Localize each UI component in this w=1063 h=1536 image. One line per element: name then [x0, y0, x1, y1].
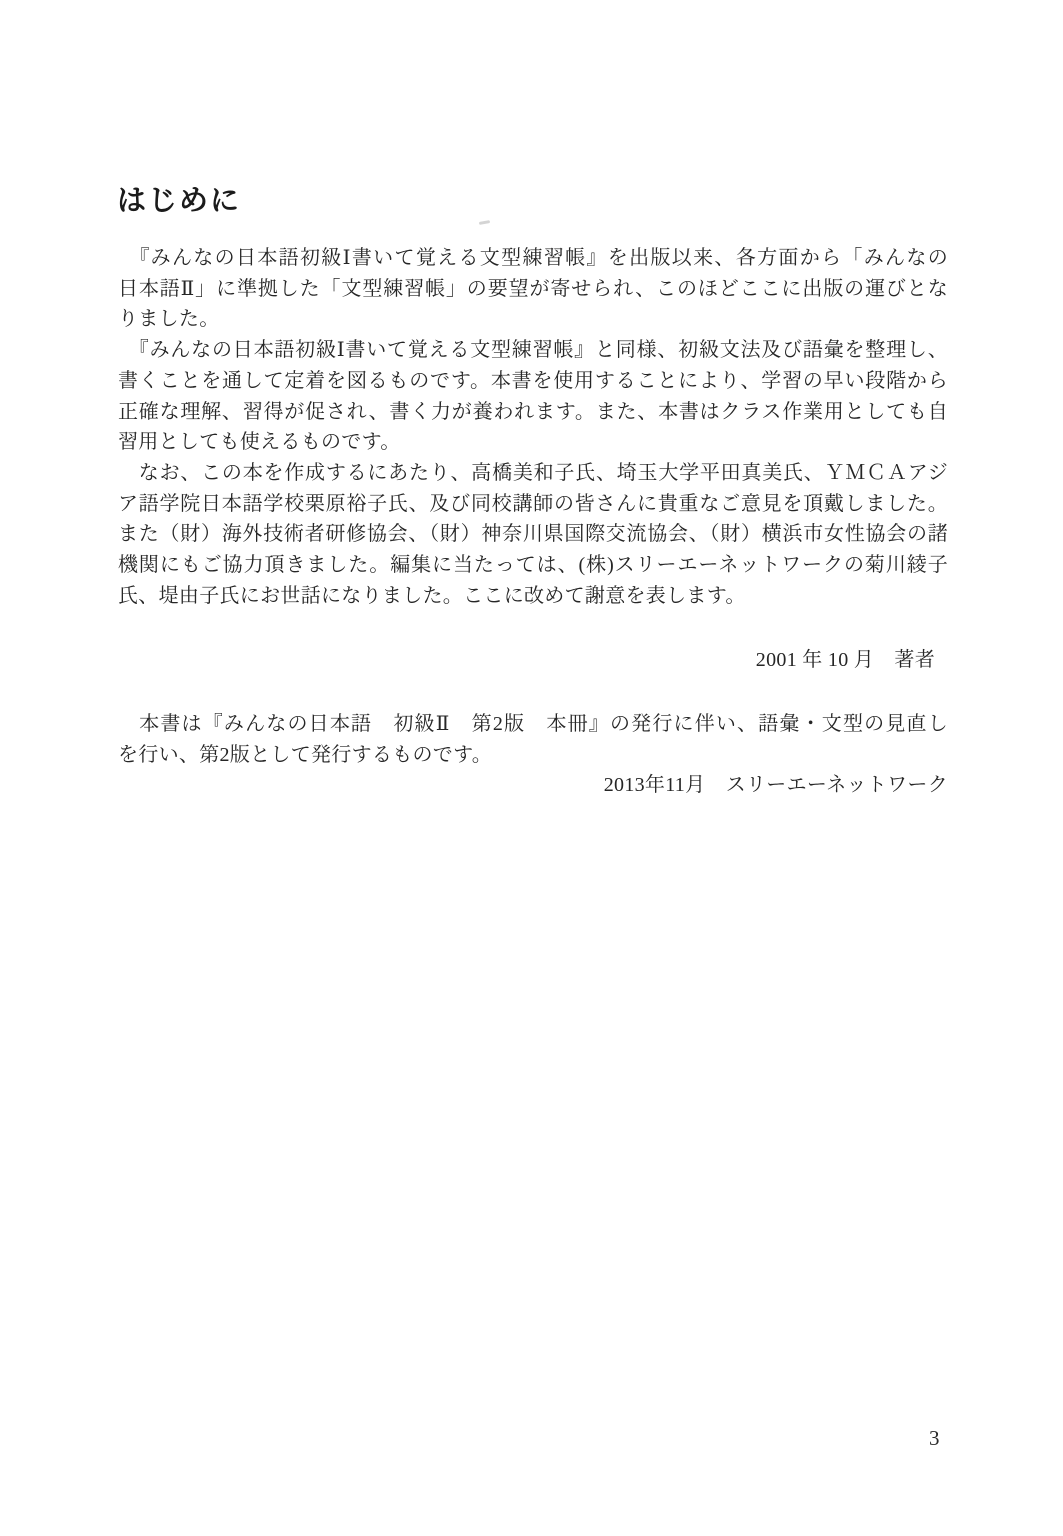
edition-note: 本書は『みんなの日本語 初級Ⅱ 第2版 本冊』の発行に伴い、語彙・文型の見直し …: [118, 709, 948, 770]
publisher-date-line: 2013年11月 スリーエーネットワーク: [118, 770, 948, 801]
paragraph-line: を行い、第2版として発行するものです。: [118, 740, 948, 771]
paragraph-line: 『みんなの日本語初級Ⅰ書いて覚える文型練習帳』を出版以来、各方面から「みんなの: [118, 243, 948, 274]
paragraph-line: 本書は『みんなの日本語 初級Ⅱ 第2版 本冊』の発行に伴い、語彙・文型の見直し: [118, 709, 948, 740]
paragraph-line: りました。: [118, 304, 948, 335]
paragraph-line: 習用としても使えるものです。: [118, 427, 948, 458]
scan-artifact: [479, 220, 490, 225]
page-title: はじめに: [117, 178, 241, 219]
preface-body: 『みんなの日本語初級Ⅰ書いて覚える文型練習帳』を出版以来、各方面から「みんなの …: [118, 243, 948, 611]
paragraph-line: 書くことを通して定着を図るものです。本書を使用することにより、学習の早い段階から: [118, 366, 948, 397]
paragraph-line: 日本語Ⅱ」に準拠した「文型練習帳」の要望が寄せられ、このほどここに出版の運びとな: [118, 274, 948, 305]
paragraph-line: 機関にもご協力頂きました。編集に当たっては、(株)スリーエーネットワークの菊川綾…: [118, 550, 948, 581]
book-page: はじめに 『みんなの日本語初級Ⅰ書いて覚える文型練習帳』を出版以来、各方面から「…: [0, 0, 1063, 1536]
page-number: 3: [929, 1426, 940, 1451]
author-date-line: 2001 年 10 月 著者: [118, 645, 948, 676]
paragraph-line: また（財）海外技術者研修協会、（財）神奈川県国際交流協会、（財）横浜市女性協会の…: [118, 519, 948, 550]
paragraph-line: 『みんなの日本語初級Ⅰ書いて覚える文型練習帳』と同様、初級文法及び語彙を整理し、: [118, 335, 948, 366]
paragraph-line: ア語学院日本語学校栗原裕子氏、及び同校講師の皆さんに貴重なご意見を頂戴しました。: [118, 489, 948, 520]
paragraph-line: 氏、堤由子氏にお世話になりました。ここに改めて謝意を表します。: [118, 581, 948, 612]
paragraph-line: 正確な理解、習得が促され、書く力が養われます。また、本書はクラス作業用としても自: [118, 397, 948, 428]
paragraph-line: なお、この本を作成するにあたり、高橋美和子氏、埼玉大学平田真美氏、ＹＭＣＡアジ: [118, 458, 948, 489]
